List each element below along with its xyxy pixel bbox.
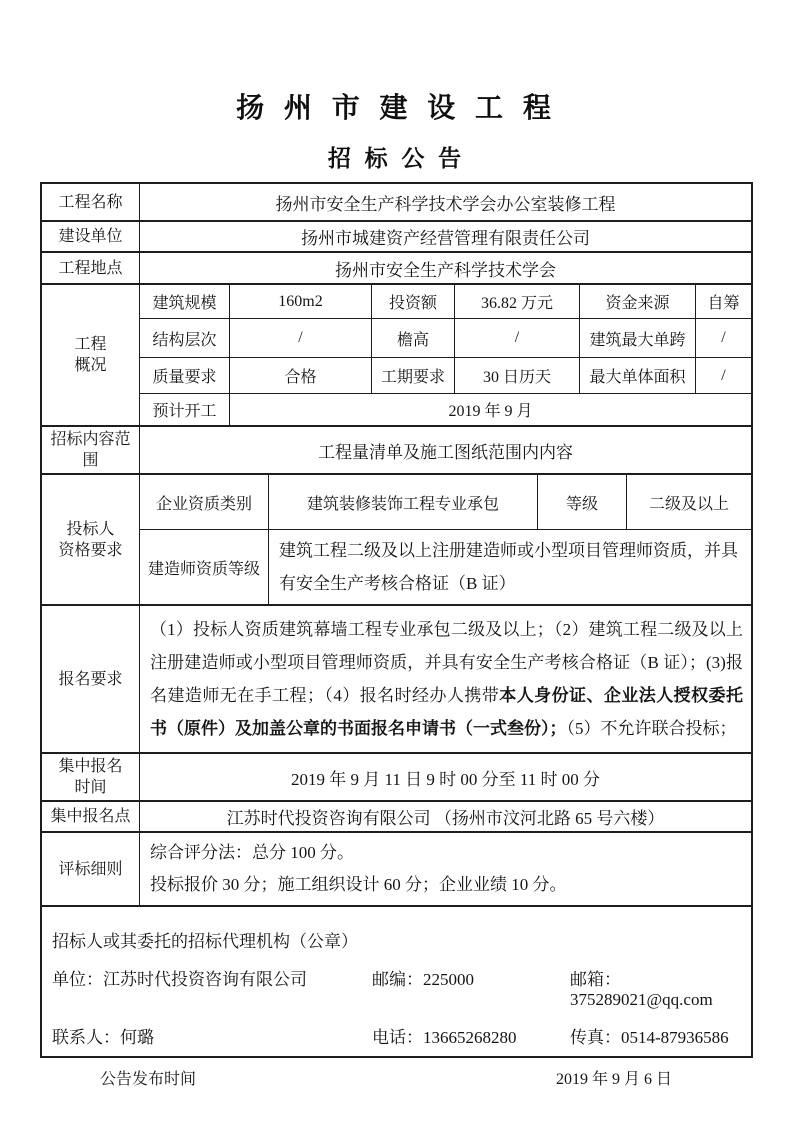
publish-date: 2019 年 9 月 6 日 <box>556 1066 672 1089</box>
agency-unit: 单位：江苏时代投资咨询有限公司 <box>52 965 372 1010</box>
evaluation-rules-text: 综合评分法：总分 100 分。 投标报价 30 分；施工组织设计 60 分；企业… <box>140 833 751 905</box>
evaluation-line: 投标报价 30 分；施工组织设计 60 分；企业业绩 10 分。 <box>150 869 743 901</box>
row-evaluation-rules: 评标细则 综合评分法：总分 100 分。 投标报价 30 分；施工组织设计 60… <box>42 833 751 907</box>
overview-cell: 合格 <box>230 358 372 393</box>
signup-requirements-label: 报名要求 <box>42 606 140 752</box>
bid-scope-label: 招标内容范 围 <box>42 427 140 473</box>
builder-qual-label: 建造师资质等级 <box>140 530 269 604</box>
announcement-table: 工程名称 扬州市安全生产科学技术学会办公室装修工程 建设单位 扬州市城建资产经营… <box>40 182 753 1058</box>
overview-cell: 自筹 <box>696 285 751 318</box>
overview-cell: 30 日历天 <box>455 358 580 393</box>
row-signup-requirements: 报名要求 （1）投标人资质建筑幕墙工程专业承包二级及以上；（2）建筑工程二级及以… <box>42 606 751 754</box>
row-bid-scope: 招标内容范 围 工程量清单及施工图纸范围内内容 <box>42 427 751 475</box>
overview-cell: 最大单体面积 <box>580 358 696 393</box>
page-subtitle: 招 标 公 告 <box>0 140 793 173</box>
document-page: 扬 州 市 建 设 工 程 招 标 公 告 工程名称 扬州市安全生产科学技术学会… <box>0 0 793 1122</box>
project-location-label: 工程地点 <box>42 253 140 283</box>
agency-contact: 联系人：何璐 <box>52 1023 372 1048</box>
overview-cell: / <box>230 319 372 357</box>
row-project-location: 工程地点 扬州市安全生产科学技术学会 <box>42 253 751 285</box>
qual-category-label: 企业资质类别 <box>140 475 269 529</box>
overview-cell: / <box>455 319 580 357</box>
evaluation-line: 综合评分法：总分 100 分。 <box>150 837 743 869</box>
row-agency: 招标人或其委托的招标代理机构（公章） 单位：江苏时代投资咨询有限公司 邮编：22… <box>42 907 751 1056</box>
project-name-label: 工程名称 <box>42 184 140 220</box>
signup-place-label: 集中报名点 <box>42 802 140 831</box>
overview-cell: 建筑规模 <box>140 285 230 318</box>
overview-cell: 工期要求 <box>372 358 455 393</box>
agency-fax: 传真：0514-87936586 <box>570 1023 745 1048</box>
qualification-category-row: 企业资质类别 建筑装修装饰工程专业承包 等级 二级及以上 <box>140 475 751 530</box>
start-date-label: 预计开工 <box>140 394 230 425</box>
signup-place-value: 江苏时代投资咨询有限公司 （扬州市汶河北路 65 号六楼） <box>140 802 751 831</box>
page-title: 扬 州 市 建 设 工 程 <box>0 0 793 126</box>
overview-cell: / <box>696 358 751 393</box>
row-construction-unit: 建设单位 扬州市城建资产经营管理有限责任公司 <box>42 222 751 253</box>
agency-phone: 电话：13665268280 <box>372 1023 570 1048</box>
overview-row-quality: 质量要求 合格 工期要求 30 日历天 最大单体面积 / <box>140 358 751 394</box>
construction-unit-label: 建设单位 <box>42 222 140 251</box>
agency-heading: 招标人或其委托的招标代理机构（公章） <box>52 927 745 952</box>
qual-grade-value: 二级及以上 <box>627 475 751 529</box>
bidder-qualification-label: 投标人 资格要求 <box>42 475 140 604</box>
qual-category-value: 建筑装修装饰工程专业承包 <box>269 475 538 529</box>
overview-cell: 36.82 万元 <box>455 285 580 318</box>
agency-row-2: 联系人：何璐 电话：13665268280 传真：0514-87936586 <box>52 1023 745 1048</box>
overview-cell: 建筑最大单跨 <box>580 319 696 357</box>
overview-row-structure: 结构层次 / 檐高 / 建筑最大单跨 / <box>140 319 751 358</box>
project-location-value: 扬州市安全生产科学技术学会 <box>140 253 751 283</box>
row-signup-place: 集中报名点 江苏时代投资咨询有限公司 （扬州市汶河北路 65 号六楼） <box>42 802 751 833</box>
builder-qualification-row: 建造师资质等级 建筑工程二级及以上注册建造师或小型项目管理师资质，并具有安全生产… <box>140 530 751 604</box>
agency-row-1: 单位：江苏时代投资咨询有限公司 邮编：225000 邮箱：375289021@q… <box>52 965 745 1010</box>
agency-block: 招标人或其委托的招标代理机构（公章） 单位：江苏时代投资咨询有限公司 邮编：22… <box>42 907 751 1056</box>
builder-qual-value: 建筑工程二级及以上注册建造师或小型项目管理师资质，并具有安全生产考核合格证（B … <box>269 530 751 604</box>
evaluation-rules-label: 评标细则 <box>42 833 140 905</box>
overview-cell: 质量要求 <box>140 358 230 393</box>
overview-cell: 檐高 <box>372 319 455 357</box>
qual-grade-label: 等级 <box>538 475 627 529</box>
overview-cell: / <box>696 319 751 357</box>
overview-row-scale: 建筑规模 160m2 投资额 36.82 万元 资金来源 自筹 <box>140 285 751 319</box>
row-project-name: 工程名称 扬州市安全生产科学技术学会办公室装修工程 <box>42 184 751 222</box>
signup-requirements-text: （1）投标人资质建筑幕墙工程专业承包二级及以上；（2）建筑工程二级及以上注册建造… <box>140 606 751 752</box>
signup-time-value: 2019 年 9 月 11 日 9 时 00 分至 11 时 00 分 <box>140 754 751 800</box>
publish-time-label: 公告发布时间 <box>100 1066 196 1089</box>
publish-info-row: 公告发布时间 2019 年 9 月 6 日 <box>0 1062 793 1090</box>
row-signup-time: 集中报名 时间 2019 年 9 月 11 日 9 时 00 分至 11 时 0… <box>42 754 751 802</box>
project-name-value: 扬州市安全生产科学技术学会办公室装修工程 <box>140 184 751 220</box>
bid-scope-value: 工程量清单及施工图纸范围内内容 <box>140 427 751 473</box>
overview-cell: 结构层次 <box>140 319 230 357</box>
row-bidder-qualification: 投标人 资格要求 企业资质类别 建筑装修装饰工程专业承包 等级 二级及以上 建造… <box>42 475 751 606</box>
construction-unit-value: 扬州市城建资产经营管理有限责任公司 <box>140 222 751 251</box>
agency-email: 邮箱：375289021@qq.com <box>570 965 745 1010</box>
overview-row-start-date: 预计开工 2019 年 9 月 <box>140 394 751 425</box>
overview-cell: 投资额 <box>372 285 455 318</box>
overview-subtable: 建筑规模 160m2 投资额 36.82 万元 资金来源 自筹 结构层次 / 檐… <box>140 285 751 425</box>
project-overview-label: 工程 概况 <box>42 285 140 425</box>
signup-req-segment: （5）不允许联合投标； <box>567 719 737 738</box>
qualification-subtable: 企业资质类别 建筑装修装饰工程专业承包 等级 二级及以上 建造师资质等级 建筑工… <box>140 475 751 604</box>
signup-time-label: 集中报名 时间 <box>42 754 140 800</box>
agency-postcode: 邮编：225000 <box>372 965 570 1010</box>
overview-cell: 160m2 <box>230 285 372 318</box>
start-date-value: 2019 年 9 月 <box>230 394 751 425</box>
row-project-overview: 工程 概况 建筑规模 160m2 投资额 36.82 万元 资金来源 自筹 结构… <box>42 285 751 427</box>
overview-cell: 资金来源 <box>580 285 696 318</box>
